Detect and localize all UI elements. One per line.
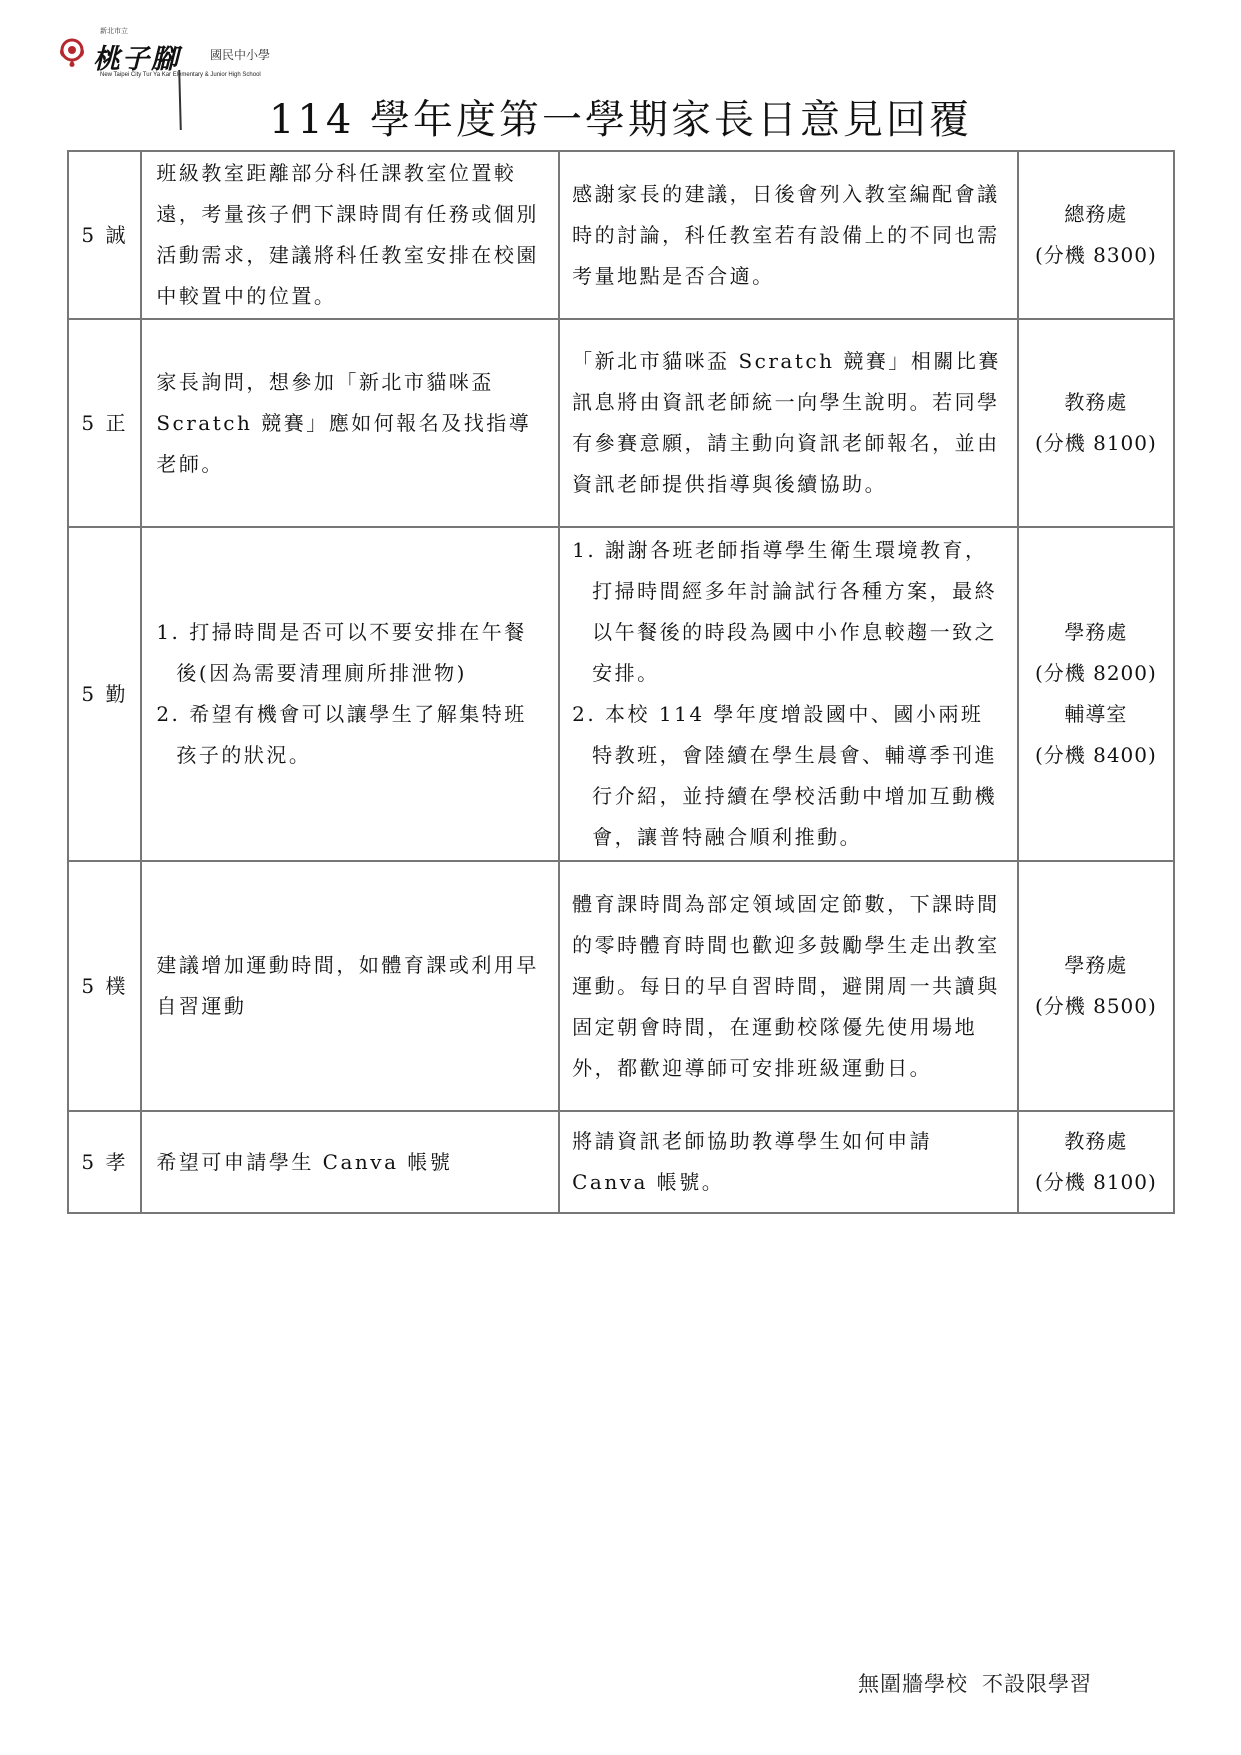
question-text: 班級教室距離部分科任課教室位置較遠，考量孩子們下課時間有任務或個別活動需求，建議… (156, 153, 548, 317)
question-cell: 建議增加運動時間，如體育課或利用早自習運動 (141, 861, 559, 1111)
dept-name: 教務處 (1019, 1121, 1173, 1162)
dept-name: 學務處 (1019, 945, 1173, 986)
class-cell: 5 孝 (68, 1111, 141, 1213)
question-cell: 1. 打掃時間是否可以不要安排在午餐後(因為需要清理廁所排泄物) 2. 希望有機… (141, 527, 559, 861)
school-name: 桃子腳 (93, 37, 180, 76)
dept-name: 教務處 (1019, 382, 1173, 423)
answer-cell: 體育課時間為部定領域固定節數，下課時間的零時體育時間也歡迎多鼓勵學生走出教室運動… (559, 861, 1018, 1111)
class-cell: 5 勤 (68, 527, 141, 861)
answer-cell: 「新北市貓咪盃 Scratch 競賽」相關比賽訊息將由資訊老師統一向學生說明。若… (559, 319, 1018, 527)
school-emblem-icon (57, 38, 87, 68)
page-title: 114 學年度第一學期家長日意見回覆 (0, 88, 1241, 145)
table-row: 5 樸 建議增加運動時間，如體育課或利用早自習運動 體育課時間為部定領域固定節數… (68, 861, 1174, 1111)
dept-cell: 教務處 (分機 8100) (1018, 319, 1174, 527)
dept-extension: (分機 8100) (1019, 423, 1173, 464)
dept-name: 總務處 (1019, 194, 1173, 235)
answer-text: 感謝家長的建議，日後會列入教室編配會議時的討論，科任教室若有設備上的不同也需考量… (572, 174, 1005, 297)
dept-name: 輔導室 (1019, 694, 1173, 735)
question-cell: 班級教室距離部分科任課教室位置較遠，考量孩子們下課時間有任務或個別活動需求，建議… (141, 151, 559, 319)
answer-text: 體育課時間為部定領域固定節數，下課時間的零時體育時間也歡迎多鼓勵學生走出教室運動… (572, 884, 1005, 1089)
table-row: 5 孝 希望可申請學生 Canva 帳號 將請資訊老師協助教導學生如何申請 Ca… (68, 1111, 1174, 1213)
class-cell: 5 樸 (68, 861, 141, 1111)
question-text: 希望可申請學生 Canva 帳號 (156, 1142, 548, 1183)
question-text: 建議增加運動時間，如體育課或利用早自習運動 (156, 945, 548, 1027)
school-logo: 新北市立 桃子腳 國民中小學 New Taipei City Tur Ya Ka… (57, 26, 297, 86)
question-cell: 希望可申請學生 Canva 帳號 (141, 1111, 559, 1213)
dept-extension: (分機 8500) (1019, 986, 1173, 1027)
feedback-table: 5 誠 班級教室距離部分科任課教室位置較遠，考量孩子們下課時間有任務或個別活動需… (67, 150, 1175, 1214)
question-cell: 家長詢問，想參加「新北市貓咪盃 Scratch 競賽」應如何報名及找指導老師。 (141, 319, 559, 527)
question-text: 家長詢問，想參加「新北市貓咪盃 Scratch 競賽」應如何報名及找指導老師。 (156, 362, 548, 485)
dept-extension: (分機 8300) (1019, 235, 1173, 276)
class-cell: 5 正 (68, 319, 141, 527)
dept-cell: 學務處 (分機 8200) 輔導室 (分機 8400) (1018, 527, 1174, 861)
school-prefix: 新北市立 (100, 26, 128, 36)
answer-item: 2. 本校 114 學年度增設國中、國小兩班特教班，會陸續在學生晨會、輔導季刊進… (572, 694, 1005, 858)
motto-1: 無圍牆學校 (858, 1672, 968, 1696)
motto-2: 不設限學習 (982, 1672, 1092, 1696)
dept-cell: 教務處 (分機 8100) (1018, 1111, 1174, 1213)
dept-cell: 學務處 (分機 8500) (1018, 861, 1174, 1111)
dept-cell: 總務處 (分機 8300) (1018, 151, 1174, 319)
answer-text: 「新北市貓咪盃 Scratch 競賽」相關比賽訊息將由資訊老師統一向學生說明。若… (572, 341, 1005, 505)
dept-extension: (分機 8400) (1019, 735, 1173, 776)
question-item: 1. 打掃時間是否可以不要安排在午餐後(因為需要清理廁所排泄物) (156, 612, 548, 694)
dept-name: 學務處 (1019, 612, 1173, 653)
question-item: 2. 希望有機會可以讓學生了解集特班孩子的狀況。 (156, 694, 548, 776)
dept-extension: (分機 8200) (1019, 653, 1173, 694)
answer-text: 將請資訊老師協助教導學生如何申請 Canva 帳號。 (572, 1121, 1005, 1203)
table-row: 5 正 家長詢問，想參加「新北市貓咪盃 Scratch 競賽」應如何報名及找指導… (68, 319, 1174, 527)
table-row: 5 勤 1. 打掃時間是否可以不要安排在午餐後(因為需要清理廁所排泄物) 2. … (68, 527, 1174, 861)
answer-cell: 1. 謝謝各班老師指導學生衛生環境教育，打掃時間經多年討論試行各種方案，最終以午… (559, 527, 1018, 861)
dept-extension: (分機 8100) (1019, 1162, 1173, 1203)
answer-cell: 將請資訊老師協助教導學生如何申請 Canva 帳號。 (559, 1111, 1018, 1213)
footer-motto: 無圍牆學校不設限學習 (858, 1668, 1092, 1698)
school-level: 國民中小學 (210, 46, 270, 63)
table-row: 5 誠 班級教室距離部分科任課教室位置較遠，考量孩子們下課時間有任務或個別活動需… (68, 151, 1174, 319)
class-cell: 5 誠 (68, 151, 141, 319)
answer-cell: 感謝家長的建議，日後會列入教室編配會議時的討論，科任教室若有設備上的不同也需考量… (559, 151, 1018, 319)
answer-item: 1. 謝謝各班老師指導學生衛生環境教育，打掃時間經多年討論試行各種方案，最終以午… (572, 530, 1005, 694)
